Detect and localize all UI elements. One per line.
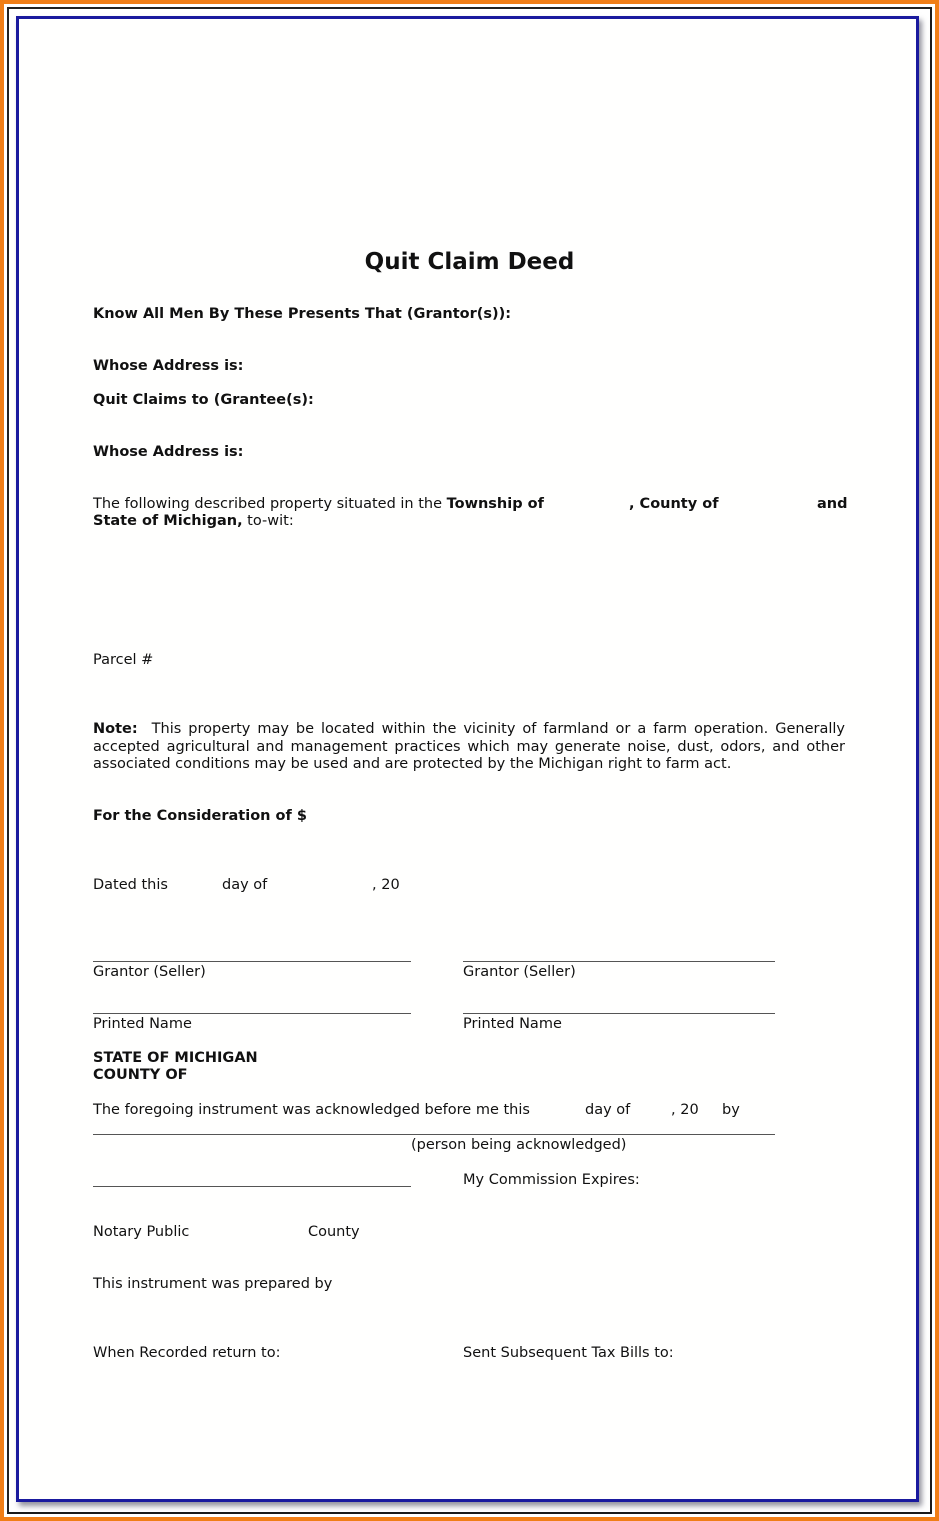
- printed-name-line-right: [463, 1013, 775, 1014]
- notary-signature-line: [93, 1186, 411, 1187]
- grantor-signature-line-left: [93, 961, 411, 962]
- and-label: and: [817, 496, 848, 513]
- note-line-3: associated conditions may be used and ar…: [93, 756, 845, 774]
- grantee-label: Quit Claims to (Grantee(s):: [93, 392, 314, 409]
- parcel-label: Parcel #: [93, 652, 153, 669]
- document-title: Quit Claim Deed: [0, 249, 939, 275]
- ack-by: by: [722, 1102, 740, 1119]
- dated-this-label: Dated this: [93, 877, 168, 894]
- notary-county: COUNTY OF: [93, 1067, 188, 1084]
- to-wit-label: to-wit:: [243, 513, 294, 529]
- note-line-1: Note: This property may be located withi…: [93, 721, 845, 739]
- dated-day-of-label: day of: [222, 877, 267, 894]
- grantor-label: Know All Men By These Presents That (Gra…: [93, 306, 511, 323]
- printed-name-left: Printed Name: [93, 1016, 192, 1033]
- return-to-label: When Recorded return to:: [93, 1345, 280, 1362]
- state-line: State of Michigan, to-wit:: [93, 513, 294, 530]
- printed-name-line-left: [93, 1013, 411, 1014]
- person-acknowledged-label: (person being acknowledged): [411, 1137, 626, 1154]
- grantor-signature-line-right: [463, 961, 775, 962]
- grantor-address-label: Whose Address is:: [93, 358, 243, 375]
- state-label: State of Michigan,: [93, 513, 243, 529]
- notary-county-label: County: [308, 1224, 360, 1241]
- ack-year: , 20: [671, 1102, 699, 1119]
- tax-bills-label: Sent Subsequent Tax Bills to:: [463, 1345, 674, 1362]
- notary-public-label: Notary Public: [93, 1224, 189, 1241]
- ack-day-of: day of: [585, 1102, 630, 1119]
- notary-state: STATE OF MICHIGAN: [93, 1050, 258, 1067]
- property-description: The following described property situate…: [93, 496, 544, 513]
- property-intro: The following described property situate…: [93, 496, 447, 512]
- note-label: Note:: [93, 721, 138, 737]
- grantee-address-label: Whose Address is:: [93, 444, 243, 461]
- grantor-seller-right: Grantor (Seller): [463, 964, 576, 981]
- prepared-by-label: This instrument was prepared by: [93, 1276, 332, 1293]
- acknowledgement-text: The foregoing instrument was acknowledge…: [93, 1102, 530, 1119]
- printed-name-right: Printed Name: [463, 1016, 562, 1033]
- county-label: , County of: [629, 496, 719, 513]
- person-acknowledged-line: [93, 1134, 775, 1135]
- consideration-label: For the Consideration of $: [93, 808, 307, 825]
- commission-expires-label: My Commission Expires:: [463, 1172, 640, 1189]
- note-line-2: accepted agricultural and management pra…: [93, 739, 845, 757]
- township-label: Township of: [447, 496, 544, 512]
- grantor-seller-left: Grantor (Seller): [93, 964, 206, 981]
- dated-year-label: , 20: [372, 877, 400, 894]
